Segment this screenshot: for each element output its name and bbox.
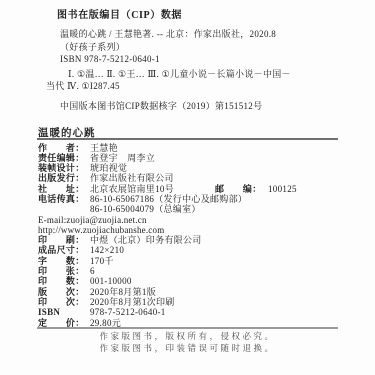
row-website: http://www.zuojiachubanshe.com xyxy=(38,225,341,235)
copyright-notice-line-1: 作家版图书，版权所有，侵权必究。 xyxy=(0,331,375,343)
title-divider-rule xyxy=(37,138,338,140)
row-word-count: 字 数：170千 xyxy=(38,256,341,266)
row-design: 装帧设计：琥珀视觉 xyxy=(38,163,341,173)
field-label: 作 者： xyxy=(38,143,90,153)
field-label: 印 数： xyxy=(38,276,90,286)
field-value: 作家出版社有限公司 xyxy=(90,173,174,183)
row-phone: 电话传真：86-10-65067186（发行中心及邮购部） xyxy=(38,194,341,204)
field-value: 省登宇 周李立 xyxy=(90,153,155,163)
email-text: E-mail:zuojia@zuojia.net.cn xyxy=(38,215,147,225)
field-label: 印 刷： xyxy=(38,235,90,245)
cip-isbn-line: ISBN 978-7-5212-0640-1 xyxy=(46,53,341,65)
field-label: 字 数： xyxy=(38,256,90,266)
field-label: 责任编辑： xyxy=(38,153,90,163)
row-edition: 版 次：2020年8月第1版 xyxy=(38,287,341,297)
field-value: 王慧艳 xyxy=(90,143,118,153)
cip-header: 图书在版编目（CIP）数据 xyxy=(46,10,341,22)
field-value: 北京农展馆南里10号 xyxy=(90,184,215,194)
cip-classification-line-1: Ⅰ. ①温… Ⅱ. ①王… Ⅲ. ①儿童小说－长篇小说－中国－ xyxy=(46,68,341,80)
cip-classification-line-2: 当代 Ⅳ. ①I287.45 xyxy=(46,80,341,92)
field-value: 2020年8月第1次印刷 xyxy=(90,297,175,307)
field-label: 装帧设计： xyxy=(38,163,90,173)
website-text: http://www.zuojiachubanshe.com xyxy=(38,225,164,235)
field-value: 86-10-65067186（发行中心及邮购部） xyxy=(90,194,247,204)
copyright-notices: 作家版图书，版权所有，侵权必究。 作家版图书，印装错误可随时退换。 xyxy=(0,331,375,354)
field-value: 142×210 xyxy=(90,245,124,255)
field-label: 印 次： xyxy=(38,297,90,307)
row-address-postcode: 社 址：北京农展馆南里10号邮 编：100125 xyxy=(38,184,341,194)
copyright-page: 图书在版编目（CIP）数据 温暖的心跳 / 王慧艳著. -- 北京：作家出版社，… xyxy=(0,0,375,375)
field-value: 978-7-5212-0640-1 xyxy=(90,307,166,317)
row-print-run: 印 数：001-10000 xyxy=(38,276,341,286)
row-phone-2: 86-10-65004079（总编室） xyxy=(38,204,341,214)
field-value: 琥珀视觉 xyxy=(90,163,127,173)
field-value: 中煜（北京）印务有限公司 xyxy=(90,235,202,245)
field-label: 印 张： xyxy=(38,266,90,276)
field-value: 2020年8月第1版 xyxy=(90,287,156,297)
cip-series-line: （好孩子系列） xyxy=(46,41,341,53)
field-value: 170千 xyxy=(90,256,114,266)
colophon-block: 作 者：王慧艳 责任编辑：省登宇 周李立 装帧设计：琥珀视觉 出版发行：作家出版… xyxy=(38,143,341,328)
field-label: 版 次： xyxy=(38,287,90,297)
field-value: 001-10000 xyxy=(90,276,132,286)
field-label: 成品尺寸： xyxy=(38,245,90,255)
field-label: 邮 编： xyxy=(215,184,268,194)
cip-title-line: 温暖的心跳 / 王慧艳著. -- 北京：作家出版社，2020.8 xyxy=(46,28,341,40)
field-label: ISBN xyxy=(38,307,90,317)
field-label: 出版发行： xyxy=(38,173,90,183)
row-editor: 责任编辑：省登宇 周李立 xyxy=(38,153,341,163)
cip-record-number: 中国版本图书馆CIP数据核字（2019）第151512号 xyxy=(46,100,341,112)
footer-divider-rule xyxy=(37,327,338,329)
cip-block: 图书在版编目（CIP）数据 温暖的心跳 / 王慧艳著. -- 北京：作家出版社，… xyxy=(46,10,341,112)
row-isbn: ISBN978-7-5212-0640-1 xyxy=(38,307,341,317)
field-value: 86-10-65004079（总编室） xyxy=(90,204,201,214)
row-publisher: 出版发行：作家出版社有限公司 xyxy=(38,173,341,183)
field-label: 电话传真： xyxy=(38,194,90,204)
row-trim-size: 成品尺寸：142×210 xyxy=(38,245,341,255)
field-value: 100125 xyxy=(268,184,297,194)
row-impression: 印 次：2020年8月第1次印刷 xyxy=(38,297,341,307)
field-label: 社 址： xyxy=(38,184,90,194)
row-email: E-mail:zuojia@zuojia.net.cn xyxy=(38,215,341,225)
row-author: 作 者：王慧艳 xyxy=(38,143,341,153)
copyright-notice-line-2: 作家版图书，印装错误可随时退换。 xyxy=(0,343,375,355)
row-sheets: 印 张：6 xyxy=(38,266,341,276)
field-value: 6 xyxy=(90,266,95,276)
row-printer: 印 刷：中煜（北京）印务有限公司 xyxy=(38,235,341,245)
